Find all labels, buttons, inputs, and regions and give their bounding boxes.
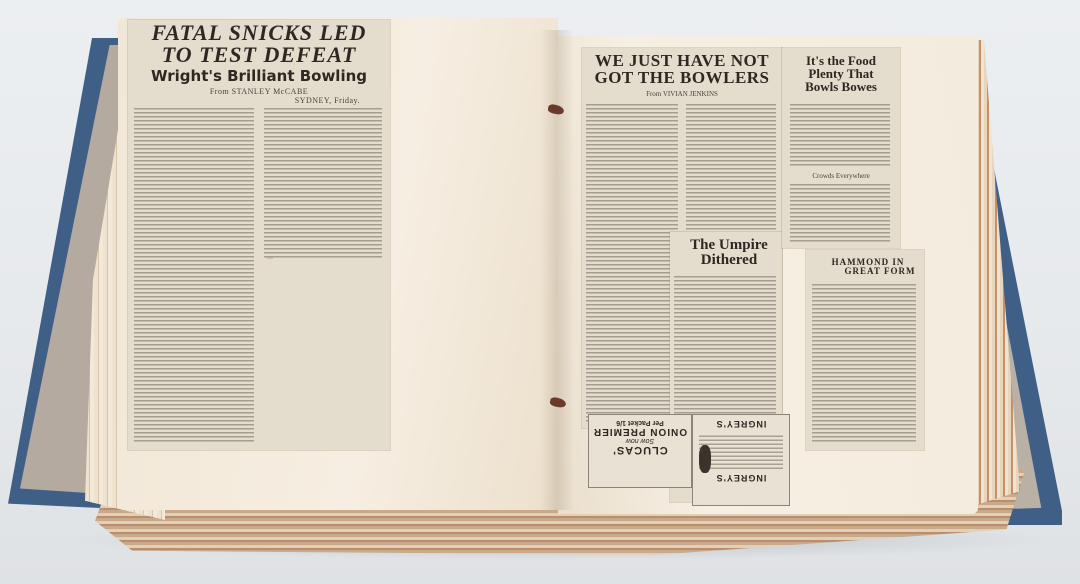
ad-brand-bottom: INGREY'S — [693, 473, 789, 483]
headline: FATAL SNICKS LED TO TEST DEFEAT — [128, 22, 390, 66]
byline: From STANLEY McCABE — [128, 87, 390, 96]
clipping-fatal-snicks: FATAL SNICKS LED TO TEST DEFEAT Wright's… — [128, 20, 390, 450]
byline: From VIVIAN JENKINS — [582, 90, 782, 98]
headline-line-1: The Umpire — [676, 238, 782, 253]
clipping-hammond: HAMMOND IN GREAT FORM — [806, 250, 924, 450]
headline-line-2: GREAT FORM — [812, 267, 924, 276]
dateline: SYDNEY, Friday. — [128, 96, 390, 105]
subheading: Crowds Everywhere — [782, 172, 900, 180]
ad-ingreys: INGREY'S INGREY'S — [692, 414, 790, 506]
column-text-1 — [790, 104, 890, 166]
ad-brand-top: INGREY'S — [693, 419, 789, 429]
headline-line-3: Bowls Bowes — [782, 80, 900, 93]
column-text-1 — [134, 108, 254, 443]
left-page: FATAL SNICKS LED TO TEST DEFEAT Wright's… — [118, 18, 558, 510]
headline-line-2: GOT THE BOWLERS — [582, 69, 782, 86]
ad-text-rotated: CLUCAS' Sow now ONION PREMIER Per Packet… — [589, 419, 691, 456]
page-gutter — [540, 30, 574, 510]
ad-price: Per Packet 1/6 — [589, 419, 691, 426]
right-page: WE JUST HAVE NOT GOT THE BOWLERS From VI… — [558, 36, 978, 514]
ad-illustration — [699, 445, 711, 473]
headline: HAMMOND IN GREAT FORM — [806, 258, 924, 276]
ad-brand: CLUCAS' — [589, 444, 691, 456]
column-text — [812, 284, 916, 444]
headline: It's the Food Plenty That Bowls Bowes — [782, 54, 900, 93]
clipping-food: It's the Food Plenty That Bowls Bowes Cr… — [782, 48, 900, 248]
subheadline: Wright's Brilliant Bowling — [128, 69, 390, 84]
headline-line-1: FATAL SNICKS LED — [128, 22, 390, 44]
ad-fineprint — [699, 433, 783, 469]
headline-line-1: WE JUST HAVE NOT — [582, 52, 782, 69]
headline: The Umpire Dithered — [670, 238, 782, 268]
headline: WE JUST HAVE NOT GOT THE BOWLERS — [582, 52, 782, 86]
column-text-1 — [586, 104, 678, 424]
column-text-2 — [790, 184, 890, 244]
ad-clucas-onion: CLUCAS' Sow now ONION PREMIER Per Packet… — [588, 414, 692, 488]
headline-line-2: TO TEST DEFEAT — [128, 44, 390, 66]
column-text-2 — [264, 108, 382, 258]
ad-tagline: Sow now — [589, 437, 691, 444]
ad-product: ONION PREMIER — [589, 426, 691, 437]
scrapbook-photo: FATAL SNICKS LED TO TEST DEFEAT Wright's… — [0, 0, 1080, 584]
headline-line-2: Dithered — [676, 253, 782, 268]
